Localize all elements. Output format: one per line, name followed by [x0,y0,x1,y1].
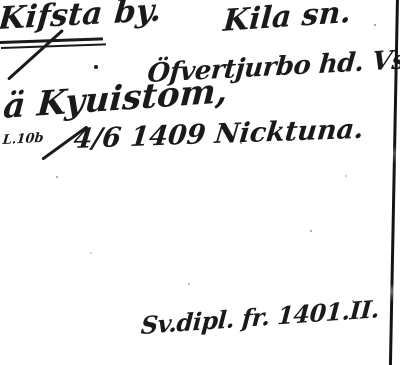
ink-speck [352,300,354,302]
source-citation: Sv.dipl. fr. 1401.II. [140,295,380,339]
ink-speck [90,252,92,254]
ink-speck [345,175,347,177]
headword-type: by. [113,0,163,31]
headword: Kifsta [0,0,104,37]
ink-speck [56,176,58,178]
ink-speck [188,283,190,285]
ink-speck [310,230,312,232]
headword-line: Kifstaby. [0,0,163,38]
archive-card: Kifstaby. Kila sn. Öfvertjurbo hd. Vst. … [0,0,400,365]
headword-gap [102,23,114,24]
ink-speck [374,24,376,26]
archive-ref: L.10b [2,132,44,149]
ink-speck [240,142,242,144]
headword-underline-bottom [1,43,106,49]
date-place-line: 4/6 1409 Nicktuna. [72,114,365,155]
parish-name: Kila sn. [222,0,352,40]
ink-speck [94,65,98,69]
